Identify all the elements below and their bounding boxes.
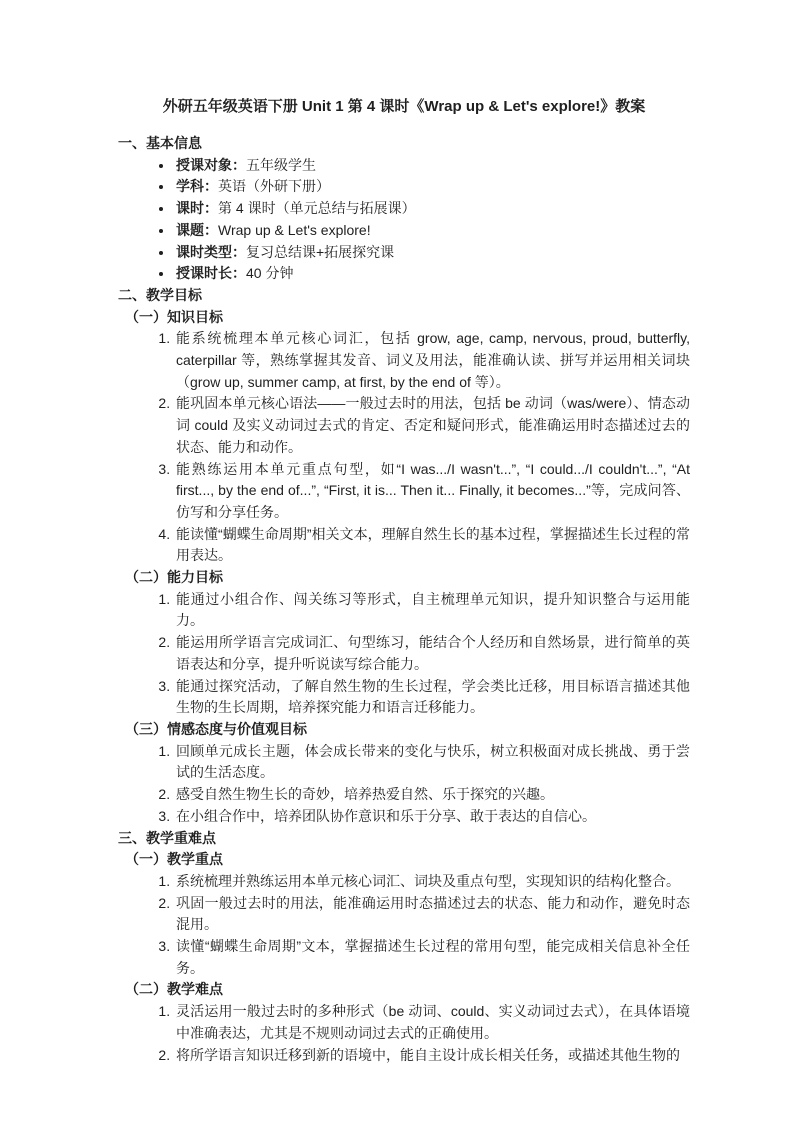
info-value: 复习总结课+拓展探究课 (246, 244, 394, 260)
subsection-heading-teaching-focus: （一）教学重点 (125, 849, 690, 871)
info-value: 第 4 课时（单元总结与拓展课） (218, 200, 416, 216)
document-title: 外研五年级英语下册 Unit 1 第 4 课时《Wrap up & Let's … (118, 96, 690, 118)
info-label: 课题： (176, 222, 218, 238)
basic-info-item: 学科：英语（外研下册） (174, 176, 690, 198)
emotion-goals-list: 回顾单元成长主题，体会成长带来的变化与快乐，树立积极面对成长挑战、勇于尝试的生活… (118, 741, 690, 828)
basic-info-list: 授课对象：五年级学生 学科：英语（外研下册） 课时：第 4 课时（单元总结与拓展… (118, 155, 690, 285)
basic-info-item: 课时：第 4 课时（单元总结与拓展课） (174, 198, 690, 220)
info-value: 英语（外研下册） (218, 178, 330, 194)
subsection-heading-emotion-goals: （三）情感态度与价值观目标 (125, 719, 690, 741)
list-item: 能巩固本单元核心语法——一般过去时的用法，包括 be 动词（was/were）、… (174, 393, 690, 458)
section-heading-basic-info: 一、基本信息 (118, 133, 690, 155)
list-item: 能运用所学语言完成词汇、句型练习，能结合个人经历和自然场景，进行简单的英语表达和… (174, 632, 690, 675)
teaching-focus-list: 系统梳理并熟练运用本单元核心词汇、词块及重点句型，实现知识的结构化整合。 巩固一… (118, 871, 690, 980)
list-item: 能读懂“蝴蝶生命周期”相关文本，理解自然生长的基本过程，掌握描述生长过程的常用表… (174, 524, 690, 567)
basic-info-item: 授课对象：五年级学生 (174, 155, 690, 177)
basic-info-item: 课时类型：复习总结课+拓展探究课 (174, 242, 690, 264)
info-label: 授课对象： (176, 157, 246, 173)
list-item: 将所学语言知识迁移到新的语境中，能自主设计成长相关任务，或描述其他生物的 (174, 1045, 690, 1067)
info-label: 课时类型： (176, 244, 246, 260)
info-value: Wrap up & Let's explore! (218, 222, 371, 238)
list-item: 灵活运用一般过去时的多种形式（be 动词、could、实义动词过去式），在具体语… (174, 1001, 690, 1044)
teaching-difficulty-list: 灵活运用一般过去时的多种形式（be 动词、could、实义动词过去式），在具体语… (118, 1001, 690, 1066)
list-item: 能通过小组合作、闯关练习等形式，自主梳理单元知识，提升知识整合与运用能力。 (174, 589, 690, 632)
list-item: 感受自然生物生长的奇妙，培养热爱自然、乐于探究的兴趣。 (174, 784, 690, 806)
subsection-heading-teaching-difficulty: （二）教学难点 (125, 979, 690, 1001)
info-label: 课时： (176, 200, 218, 216)
knowledge-goals-list: 能系统梳理本单元核心词汇，包括 grow, age, camp, nervous… (118, 328, 690, 567)
info-value: 40 分钟 (246, 265, 293, 281)
info-value: 五年级学生 (246, 157, 316, 173)
section-heading-key-points: 三、教学重难点 (118, 828, 690, 850)
list-item: 能系统梳理本单元核心词汇，包括 grow, age, camp, nervous… (174, 328, 690, 393)
subsection-heading-knowledge-goals: （一）知识目标 (125, 307, 690, 329)
info-label: 学科： (176, 178, 218, 194)
list-item: 巩固一般过去时的用法，能准确运用时态描述过去的状态、能力和动作，避免时态混用。 (174, 893, 690, 936)
list-item: 读懂“蝴蝶生命周期”文本，掌握描述生长过程的常用句型，能完成相关信息补全任务。 (174, 936, 690, 979)
document-page: 外研五年级英语下册 Unit 1 第 4 课时《Wrap up & Let's … (0, 0, 794, 1123)
basic-info-item: 课题：Wrap up & Let's explore! (174, 220, 690, 242)
ability-goals-list: 能通过小组合作、闯关练习等形式，自主梳理单元知识，提升知识整合与运用能力。 能运… (118, 589, 690, 719)
info-label: 授课时长： (176, 265, 246, 281)
list-item: 在小组合作中，培养团队协作意识和乐于分享、敢于表达的自信心。 (174, 806, 690, 828)
section-heading-teaching-goals: 二、教学目标 (118, 285, 690, 307)
list-item: 能熟练运用本单元重点句型，如“I was.../I wasn't...”, “I… (174, 459, 690, 524)
list-item: 回顾单元成长主题，体会成长带来的变化与快乐，树立积极面对成长挑战、勇于尝试的生活… (174, 741, 690, 784)
basic-info-item: 授课时长：40 分钟 (174, 263, 690, 285)
list-item: 系统梳理并熟练运用本单元核心词汇、词块及重点句型，实现知识的结构化整合。 (174, 871, 690, 893)
list-item: 能通过探究活动，了解自然生物的生长过程，学会类比迁移，用目标语言描述其他生物的生… (174, 676, 690, 719)
subsection-heading-ability-goals: （二）能力目标 (125, 567, 690, 589)
